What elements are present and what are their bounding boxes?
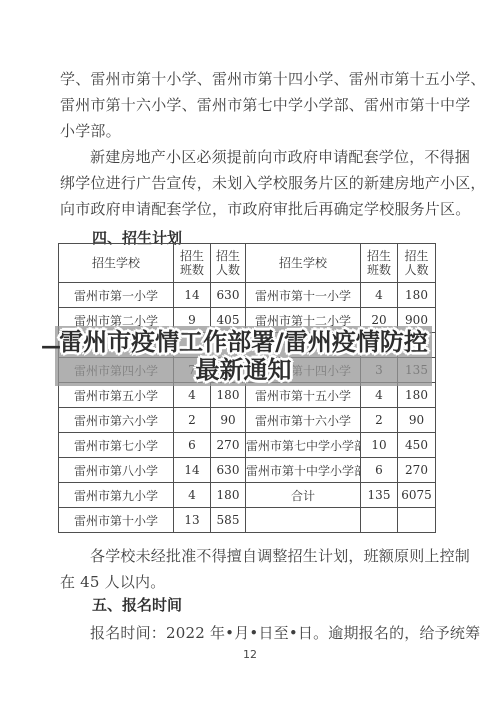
cell-students: 180 <box>211 483 246 508</box>
cell-classes: 14 <box>174 283 211 308</box>
cell-classes: 4 <box>361 283 398 308</box>
paragraph-line: 学、雷州市第十小学、雷州市第十四小学、雷州市第十五小学、 <box>60 66 442 92</box>
paragraph-line: 雷州市第十六小学、雷州市第七中学小学部、雷州市第十中学 <box>60 92 442 118</box>
enrollment-table: 招生学校 招生 班数 招生 人数 招生学校 招生 班数 招生 人数 雷州市第一小… <box>58 243 436 533</box>
cell-school: 雷州市第五小学 <box>59 383 174 408</box>
paragraph-registration-time: 报名时间：2022 年•月•日至•日。逾期报名的，给予统筹 <box>60 620 442 646</box>
cell-students: 180 <box>211 383 246 408</box>
table-row: 雷州市第七小学 6 270 雷州市第七中学小学部 10 450 <box>59 433 436 458</box>
watermark-title: 雷州市疫情工作部署/雷州疫情防控 <box>59 328 428 356</box>
section-heading-registration-time: 五、报名时间 <box>92 594 182 615</box>
cell-total-students: 6075 <box>398 483 436 508</box>
cell-school: 雷州市第七中学小学部 <box>246 433 361 458</box>
paragraph-new-estate-policy: 新建房地产小区必须提前向市政府申请配套学位，不得捆 绑学位进行广告宣传，未划入学… <box>60 144 442 222</box>
col-header-students: 招生 人数 <box>211 244 246 283</box>
cell-school: 雷州市第八小学 <box>59 458 174 483</box>
cell-empty <box>246 508 361 533</box>
paragraph-line: 各学校未经批准不得擅自调整招生计划，班额原则上控制 <box>60 543 442 569</box>
paragraph-line: 绑学位进行广告宣传，未划入学校服务片区的新建房地产小区， <box>60 170 442 196</box>
cell-school: 雷州市第十中学小学部 <box>246 458 361 483</box>
cell-students: 630 <box>211 458 246 483</box>
watermark-subtitle: 最新通知 <box>196 356 292 384</box>
cell-empty <box>361 508 398 533</box>
cell-students: 90 <box>398 408 436 433</box>
watermark-overlay: — 雷州市疫情工作部署/雷州疫情防控 最新通知 <box>55 326 432 386</box>
col-header-classes: 招生 班数 <box>174 244 211 283</box>
cell-students: 450 <box>398 433 436 458</box>
paragraph-line: 在 45 人以内。 <box>60 569 442 595</box>
paragraph-school-list: 学、雷州市第十小学、雷州市第十四小学、雷州市第十五小学、 雷州市第十六小学、雷州… <box>60 66 442 144</box>
table-row: 雷州市第一小学 14 630 雷州市第十一小学 4 180 <box>59 283 436 308</box>
cell-students: 630 <box>211 283 246 308</box>
cell-classes: 10 <box>361 433 398 458</box>
col-header-classes: 招生 班数 <box>361 244 398 283</box>
cell-classes: 6 <box>174 433 211 458</box>
paragraph-line: 向市政府申请配套学位，市政府审批后再确定学校服务片区。 <box>60 196 442 222</box>
cell-school: 雷州市第一小学 <box>59 283 174 308</box>
table-row: 雷州市第九小学 4 180 合计 135 6075 <box>59 483 436 508</box>
col-header-school: 招生学校 <box>59 244 174 283</box>
cell-total-label: 合计 <box>246 483 361 508</box>
cell-school: 雷州市第九小学 <box>59 483 174 508</box>
cell-school: 雷州市第十六小学 <box>246 408 361 433</box>
table-header-row: 招生学校 招生 班数 招生 人数 招生学校 招生 班数 招生 人数 <box>59 244 436 283</box>
table-row: 雷州市第五小学 4 180 雷州市第十五小学 4 180 <box>59 383 436 408</box>
document-page: 学、雷州市第十小学、雷州市第十四小学、雷州市第十五小学、 雷州市第十六小学、雷州… <box>0 0 500 707</box>
cell-students: 270 <box>211 433 246 458</box>
cell-classes: 4 <box>174 483 211 508</box>
table-row: 雷州市第六小学 2 90 雷州市第十六小学 2 90 <box>59 408 436 433</box>
cell-classes: 4 <box>361 383 398 408</box>
page-number: 12 <box>0 648 500 661</box>
cell-students: 180 <box>398 383 436 408</box>
cell-classes: 4 <box>174 383 211 408</box>
cell-students: 270 <box>398 458 436 483</box>
paragraph-class-size-rule: 各学校未经批准不得擅自调整招生计划，班额原则上控制 在 45 人以内。 <box>60 543 442 595</box>
paragraph-line: 报名时间：2022 年•月•日至•日。逾期报名的，给予统筹 <box>60 620 442 646</box>
watermark-dash: — <box>41 334 61 358</box>
paragraph-line: 新建房地产小区必须提前向市政府申请配套学位，不得捆 <box>60 144 442 170</box>
cell-students: 90 <box>211 408 246 433</box>
table-row: 雷州市第十小学 13 585 <box>59 508 436 533</box>
cell-classes: 13 <box>174 508 211 533</box>
cell-total-classes: 135 <box>361 483 398 508</box>
col-header-students: 招生 人数 <box>398 244 436 283</box>
cell-empty <box>398 508 436 533</box>
cell-school: 雷州市第十五小学 <box>246 383 361 408</box>
cell-school: 雷州市第六小学 <box>59 408 174 433</box>
cell-school: 雷州市第十一小学 <box>246 283 361 308</box>
cell-classes: 14 <box>174 458 211 483</box>
cell-school: 雷州市第七小学 <box>59 433 174 458</box>
table-row: 雷州市第八小学 14 630 雷州市第十中学小学部 6 270 <box>59 458 436 483</box>
cell-students: 585 <box>211 508 246 533</box>
cell-school: 雷州市第十小学 <box>59 508 174 533</box>
col-header-school: 招生学校 <box>246 244 361 283</box>
cell-classes: 6 <box>361 458 398 483</box>
cell-classes: 2 <box>361 408 398 433</box>
cell-students: 180 <box>398 283 436 308</box>
cell-classes: 2 <box>174 408 211 433</box>
paragraph-line: 小学部。 <box>60 118 442 144</box>
